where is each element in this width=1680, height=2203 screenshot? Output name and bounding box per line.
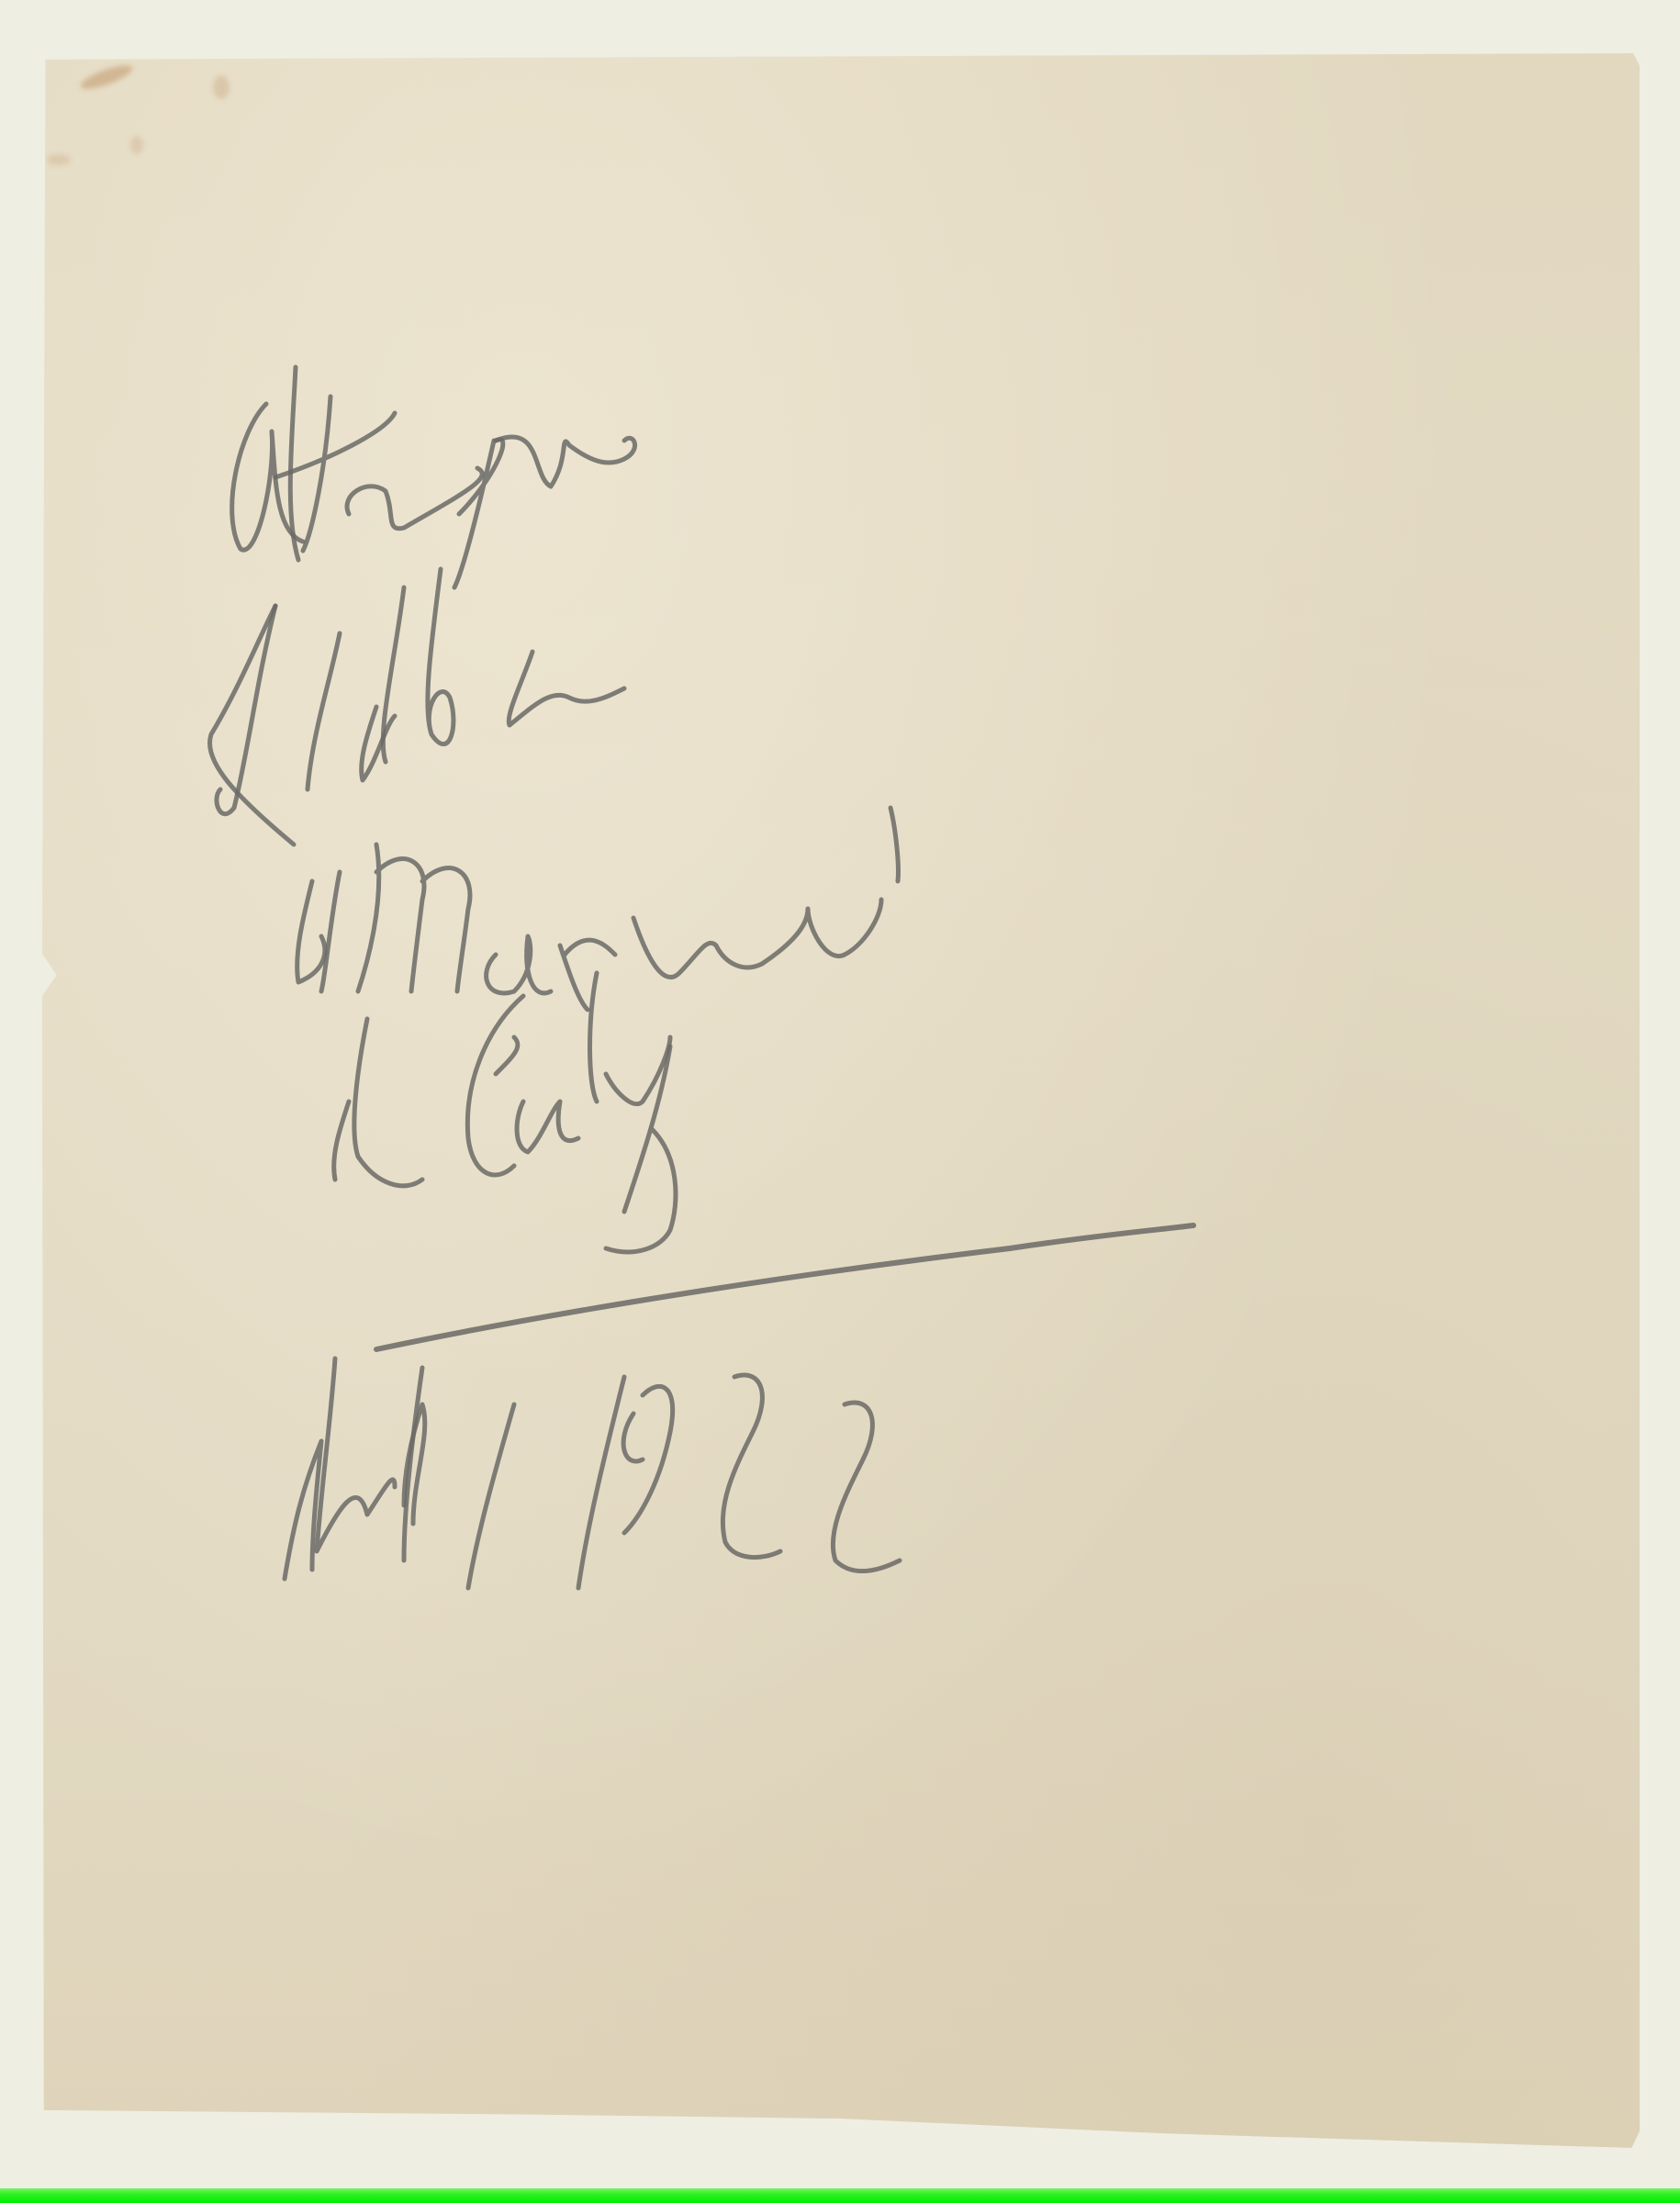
line-solea-en [209,569,624,844]
scan-stage: alta por Soleá en el mar veni- de Cadiz … [0,0,1680,2203]
line-alta-por [232,367,635,587]
bottom-color-bar [0,2188,1680,2203]
line-abril-1922 [285,1359,900,1588]
handwriting-strokes [0,0,1680,2203]
line-de-cadiz [334,973,676,1252]
underline-stroke [376,1225,1193,1349]
